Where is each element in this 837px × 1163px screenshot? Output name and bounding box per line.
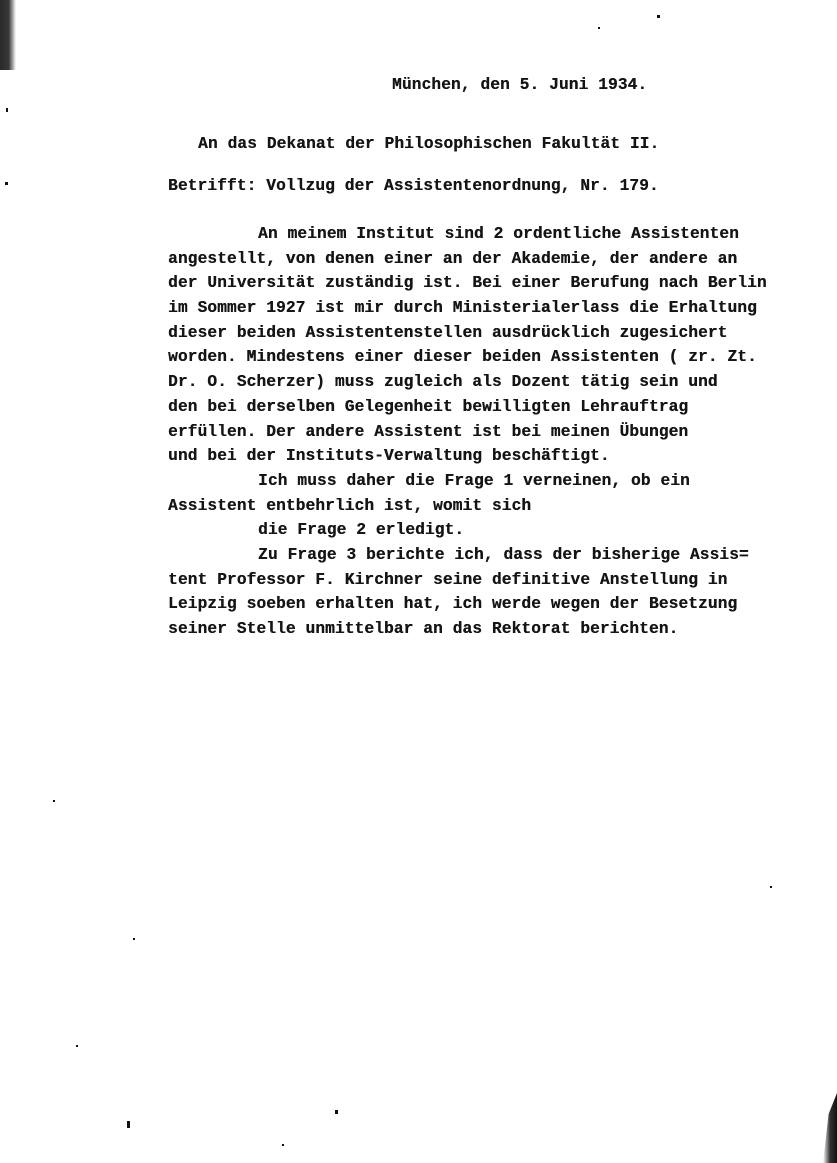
body-line: Leipzig soeben erhalten hat, ich werde w… bbox=[168, 594, 767, 619]
letter-body: An meinem Institut sind 2 ordentliche As… bbox=[168, 224, 767, 644]
body-line: der Universität zuständig ist. Bei einer… bbox=[168, 273, 767, 298]
body-line: seiner Stelle unmittelbar an das Rektora… bbox=[168, 619, 767, 644]
body-line: erfüllen. Der andere Assistent ist bei m… bbox=[168, 422, 767, 447]
scan-edge-artifact bbox=[0, 0, 16, 70]
scan-speck bbox=[770, 886, 772, 888]
typewritten-letter-page: München, den 5. Juni 1934. An das Dekana… bbox=[0, 0, 837, 1163]
scan-speck bbox=[657, 15, 660, 18]
body-line: An meinem Institut sind 2 ordentliche As… bbox=[168, 224, 767, 249]
body-line: Dr. O. Scherzer) muss zugleich als Dozen… bbox=[168, 372, 767, 397]
scan-speck bbox=[76, 1045, 78, 1047]
addressee-line: An das Dekanat der Philosophischen Fakul… bbox=[198, 134, 659, 154]
body-line: Zu Frage 3 berichte ich, dass der bisher… bbox=[168, 545, 767, 570]
scan-speck bbox=[282, 1144, 284, 1146]
body-line: Assistent entbehrlich ist, womit sich bbox=[168, 496, 767, 521]
date-line: München, den 5. Juni 1934. bbox=[392, 75, 647, 95]
scan-speck bbox=[127, 1121, 130, 1128]
subject-line: Betrifft: Vollzug der Assistentenordnung… bbox=[168, 176, 659, 196]
body-line: den bei derselben Gelegenheit bewilligte… bbox=[168, 397, 767, 422]
scan-speck bbox=[598, 27, 600, 29]
body-line: angestellt, von denen einer an der Akade… bbox=[168, 249, 767, 274]
scan-speck bbox=[335, 1110, 338, 1114]
body-line: im Sommer 1927 ist mir durch Ministerial… bbox=[168, 298, 767, 323]
scan-speck bbox=[6, 108, 8, 112]
body-line: dieser beiden Assistentenstellen ausdrüc… bbox=[168, 323, 767, 348]
body-line: und bei der Instituts-Verwaltung beschäf… bbox=[168, 446, 767, 471]
body-line: die Frage 2 erledigt. bbox=[168, 520, 767, 545]
scan-edge-artifact bbox=[823, 1093, 837, 1163]
body-line: tent Professor F. Kirchner seine definit… bbox=[168, 570, 767, 595]
body-line: Ich muss daher die Frage 1 verneinen, ob… bbox=[168, 471, 767, 496]
body-line: worden. Mindestens einer dieser beiden A… bbox=[168, 347, 767, 372]
scan-speck bbox=[53, 800, 55, 802]
scan-speck bbox=[133, 938, 135, 940]
scan-speck bbox=[5, 182, 8, 185]
